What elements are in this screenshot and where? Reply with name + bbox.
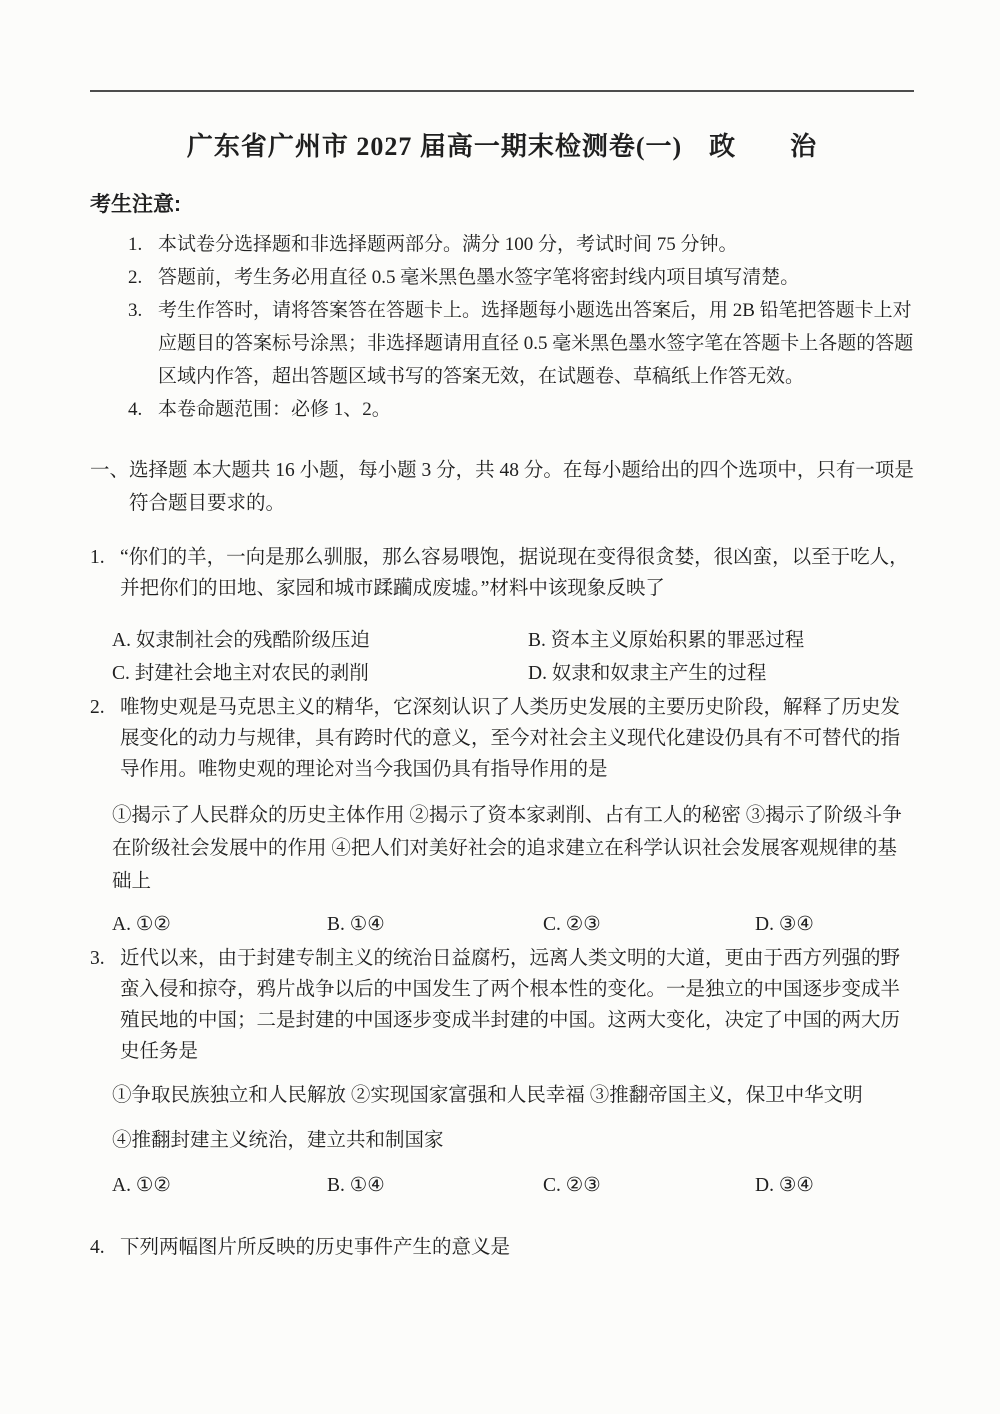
notice-item-1: 1. 本试卷分选择题和非选择题两部分。满分 100 分，考试时间 75 分钟。 — [90, 228, 914, 261]
question-2-number: 2. — [90, 692, 120, 785]
notice-item-2: 2. 答题前，考生务必用直径 0.5 毫米黑色墨水签字笔将密封线内项目填写清楚。 — [90, 261, 914, 294]
question-2: 2. 唯物史观是马克思主义的精华，它深刻认识了人类历史发展的主要历史阶段，解释了… — [90, 692, 914, 785]
question-3-subitems-line1: ①争取民族独立和人民解放 ②实现国家富强和人民幸福 ③推翻帝国主义，保卫中华文明 — [112, 1079, 914, 1112]
question-3-option-c: C. ②③ — [543, 1169, 755, 1202]
notice-item-number: 4. — [128, 393, 158, 426]
notice-item-3: 3. 考生作答时，请将答案答在答题卡上。选择题每小题选出答案后，用 2B 铅笔把… — [90, 294, 914, 393]
notice-item-4: 4. 本卷命题范围：必修 1、2。 — [90, 393, 914, 426]
question-4-number: 4. — [90, 1232, 120, 1263]
question-2-stem: 唯物史观是马克思主义的精华，它深刻认识了人类历史发展的主要历史阶段，解释了历史发… — [120, 692, 914, 785]
question-1-option-b: B. 资本主义原始积累的罪恶过程 — [528, 624, 914, 657]
question-3-option-d: D. ③④ — [755, 1169, 914, 1202]
question-1: 1. “你们的羊，一向是那么驯服，那么容易喂饱，据说现在变得很贪婪，很凶蛮，以至… — [90, 542, 914, 604]
question-3-option-a: A. ①② — [112, 1169, 327, 1202]
question-2-subitems: ①揭示了人民群众的历史主体作用 ②揭示了资本家剥削、占有工人的秘密 ③揭示了阶级… — [112, 799, 914, 898]
question-3-options: A. ①② B. ①④ C. ②③ D. ③④ — [112, 1169, 914, 1202]
question-3-subitems-line2: ④推翻封建主义统治，建立共和制国家 — [112, 1124, 914, 1157]
section-heading-text: 选择题 本大题共 16 小题，每小题 3 分，共 48 分。在每小题给出的四个选… — [129, 454, 914, 520]
notice-list: 1. 本试卷分选择题和非选择题两部分。满分 100 分，考试时间 75 分钟。 … — [90, 228, 914, 426]
paper-title: 广东省广州市 2027 届高一期末检测卷(一) 政 治 — [90, 130, 914, 164]
question-1-number: 1. — [90, 542, 120, 604]
question-3-option-b: B. ①④ — [327, 1169, 543, 1202]
question-4-stem: 下列两幅图片所反映的历史事件产生的意义是 — [120, 1232, 914, 1263]
question-1-option-a: A. 奴隶制社会的残酷阶级压迫 — [112, 624, 528, 657]
section-heading-multiple-choice: 一、 选择题 本大题共 16 小题，每小题 3 分，共 48 分。在每小题给出的… — [90, 454, 914, 520]
notice-item-text: 本试卷分选择题和非选择题两部分。满分 100 分，考试时间 75 分钟。 — [158, 228, 914, 261]
notice-item-text: 考生作答时，请将答案答在答题卡上。选择题每小题选出答案后，用 2B 铅笔把答题卡… — [158, 294, 914, 393]
question-4: 4. 下列两幅图片所反映的历史事件产生的意义是 — [90, 1232, 914, 1263]
question-2-option-d: D. ③④ — [755, 908, 914, 941]
question-1-option-c: C. 封建社会地主对农民的剥削 — [112, 657, 528, 690]
question-2-option-c: C. ②③ — [543, 908, 755, 941]
header-rule — [90, 90, 914, 92]
question-2-option-a: A. ①② — [112, 908, 327, 941]
question-1-options: A. 奴隶制社会的残酷阶级压迫 B. 资本主义原始积累的罪恶过程 C. 封建社会… — [112, 624, 914, 690]
question-3: 3. 近代以来，由于封建专制主义的统治日益腐朽，远离人类文明的大道，更由于西方列… — [90, 943, 914, 1067]
notice-item-number: 3. — [128, 294, 158, 393]
page-content: 广东省广州市 2027 届高一期末检测卷(一) 政 治 考生注意: 1. 本试卷… — [90, 0, 914, 1263]
notice-heading: 考生注意: — [90, 190, 914, 220]
exam-paper-page: 广东省广州市 2027 届高一期末检测卷(一) 政 治 考生注意: 1. 本试卷… — [0, 0, 1000, 1414]
question-3-stem: 近代以来，由于封建专制主义的统治日益腐朽，远离人类文明的大道，更由于西方列强的野… — [120, 943, 914, 1067]
question-1-option-d: D. 奴隶和奴隶主产生的过程 — [528, 657, 914, 690]
notice-item-text: 本卷命题范围：必修 1、2。 — [158, 393, 914, 426]
notice-item-number: 2. — [128, 261, 158, 294]
section-number: 一、 — [90, 454, 129, 520]
question-2-options: A. ①② B. ①④ C. ②③ D. ③④ — [112, 908, 914, 941]
question-2-option-b: B. ①④ — [327, 908, 543, 941]
question-3-number: 3. — [90, 943, 120, 1067]
notice-item-number: 1. — [128, 228, 158, 261]
notice-item-text: 答题前，考生务必用直径 0.5 毫米黑色墨水签字笔将密封线内项目填写清楚。 — [158, 261, 914, 294]
question-1-stem: “你们的羊，一向是那么驯服，那么容易喂饱，据说现在变得很贪婪，很凶蛮，以至于吃人… — [120, 542, 914, 604]
